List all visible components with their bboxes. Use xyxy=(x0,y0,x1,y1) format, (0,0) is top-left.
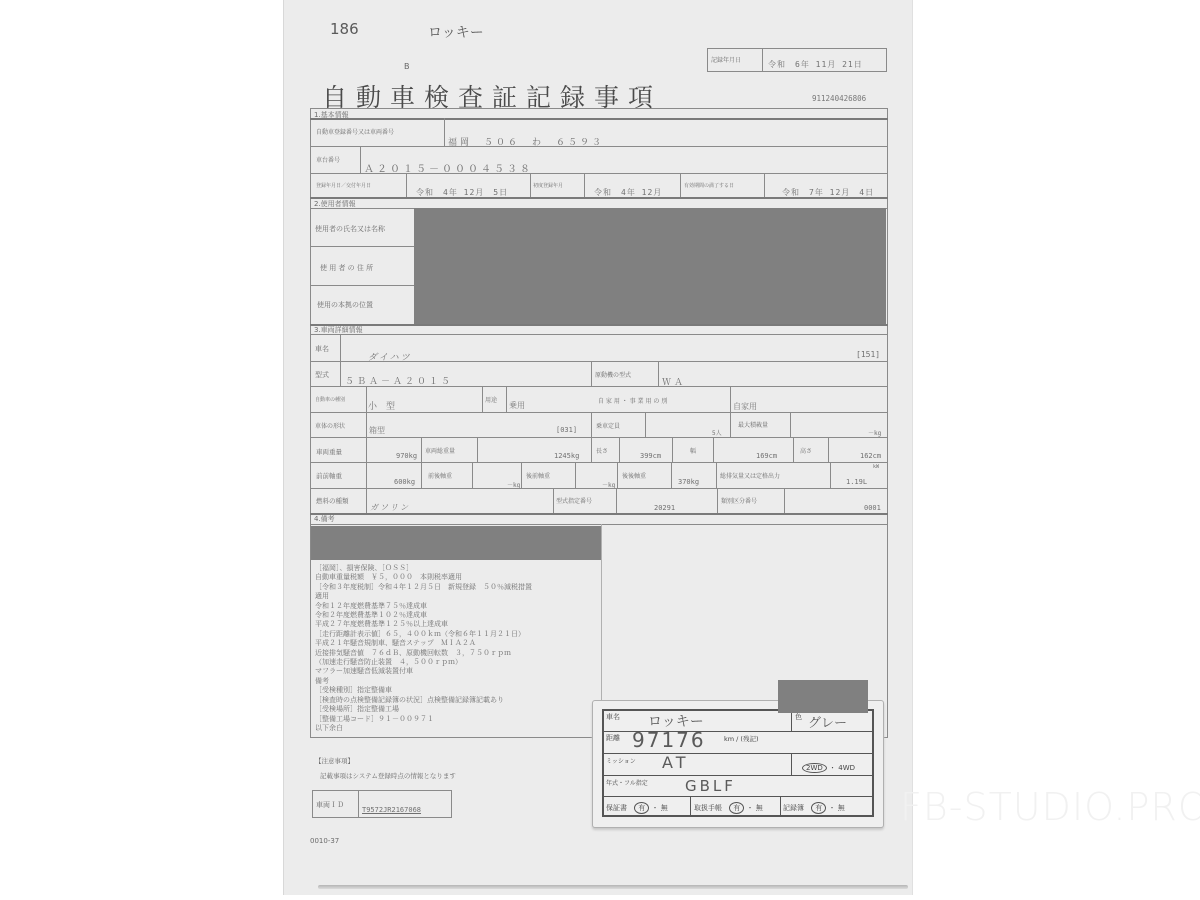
fr-axle-label: 前後軸重 xyxy=(428,471,452,480)
base-location-label: 使用の本拠の位置 xyxy=(317,300,373,310)
user-address-label: 使 用 者 の 住 所 xyxy=(320,263,373,273)
rr-axle-value: 370kg xyxy=(678,478,699,486)
record-date-value: 令和 6年 11月 21日 xyxy=(768,59,863,70)
type-designation-label: 型式指定番号 xyxy=(556,496,592,505)
remarks-list: ［福岡］、損害保険、［ＯＳＳ］自動車重量税額 ￥５，０００ 本則税率適用［令和３… xyxy=(315,564,532,733)
record-date-label: 記録年月日 xyxy=(711,55,741,64)
remark-line: 平成２７年度燃費基準１２５％以上達成車 xyxy=(315,620,532,629)
record-separator: ・ xyxy=(828,804,835,812)
ff-axle-value: 600kg xyxy=(394,478,415,486)
card-mileage-value: 97176 xyxy=(632,728,706,752)
type-designation-value: 20291 xyxy=(654,504,675,512)
ff-axle-label: 前前軸重 xyxy=(316,471,342,480)
record-yes-circled: 有 xyxy=(811,802,826,814)
displacement-label: 総排気量又は定格出力 xyxy=(720,471,780,480)
vehicle-id-value: T9572JR2167068 xyxy=(362,806,421,814)
manual-separator: ・ xyxy=(746,804,753,812)
card-mileage-unit: km / (残記) xyxy=(724,734,759,743)
user-name-label: 使用者の氏名又は名称 xyxy=(315,224,385,234)
height-label: 高さ xyxy=(800,446,812,455)
card-drive-options: 2WD ・ 4WD xyxy=(802,763,855,773)
remark-line: 令和１２年度燃費基準７５％達成車 xyxy=(315,602,532,611)
card-warranty: 保証書 有 ・ 無 xyxy=(606,802,668,814)
purpose-label: 自 家 用 ・ 事 業 用 の 別 xyxy=(598,396,667,405)
warranty-label: 保証書 xyxy=(606,804,627,812)
category-value: 0001 xyxy=(864,504,881,512)
remark-line: マフラー加速騒音低減装置付車 xyxy=(315,667,532,676)
warranty-separator: ・ xyxy=(651,804,658,812)
manual-label: 取扱手帳 xyxy=(694,804,722,812)
remark-line: ［走行距離計表示値］６５，４００ｋｍ（令和６年１１月２１日） xyxy=(315,630,532,639)
drive-2wd-circled: 2WD xyxy=(802,763,827,773)
maker-code: [151] xyxy=(856,350,880,359)
first-reg-label: 登録年月日／交付年月日 xyxy=(316,182,371,189)
max-load-label: 最大積載量 xyxy=(738,420,768,429)
remark-line: ［整備工場コード］９１－００９７１ xyxy=(315,715,532,724)
use-label: 用途 xyxy=(485,395,497,404)
card-color-label: 色 xyxy=(795,712,802,722)
length-value: 399cm xyxy=(640,452,661,460)
remark-line: 適用 xyxy=(315,592,532,601)
weight-value: 970kg xyxy=(396,452,417,460)
length-label: 長さ xyxy=(596,446,608,455)
gross-weight-label: 車両総重量 xyxy=(425,446,455,455)
registration-label: 自動車登録番号又は車両番号 xyxy=(316,127,394,136)
vehicle-id-label: 車両ＩＤ xyxy=(316,800,344,810)
remark-line: ［受検場所］指定整備工場 xyxy=(315,705,532,714)
remark-line: 以下余白 xyxy=(315,724,532,733)
remark-line: ［検査時の点検整備記録簿の状況］点検整備記録簿記載あり xyxy=(315,696,532,705)
card-grade-label: 年式・フル指定 xyxy=(606,778,648,787)
max-load-value: －kg xyxy=(868,428,881,437)
record-label: 記録簿 xyxy=(783,804,804,812)
height-value: 162cm xyxy=(860,452,881,460)
card-name-label: 車名 xyxy=(606,712,620,722)
handwritten-number: 186 xyxy=(330,20,359,38)
handwritten-model-name: ロッキー xyxy=(428,22,484,42)
remark-line: 備考 xyxy=(315,677,532,686)
model-label: 型式 xyxy=(315,370,329,380)
paper-edge xyxy=(318,885,908,889)
record-no: 無 xyxy=(838,804,845,812)
category-label: 類別区分番号 xyxy=(721,496,757,505)
class-label: 自動車の種別 xyxy=(315,396,345,403)
capacity-label: 乗車定員 xyxy=(596,421,620,430)
card-manual: 取扱手帳 有 ・ 無 xyxy=(694,802,763,814)
section4-header: 4.備考 xyxy=(314,514,335,524)
body-label: 車体の形状 xyxy=(315,421,345,430)
document-number: 911240426806 xyxy=(812,94,866,103)
purpose-value: 自家用 xyxy=(733,401,757,412)
notice-text: 記載事項はシステム登録時点の情報となります xyxy=(320,771,456,780)
warranty-yes-circled: 有 xyxy=(634,802,649,814)
card-mileage-label: 距離 xyxy=(606,733,620,743)
engine-label: 原動機の型式 xyxy=(595,370,631,379)
body-value: 箱型 xyxy=(369,425,385,436)
card-record: 記録簿 有 ・ 無 xyxy=(783,802,845,814)
class-value: 小 型 xyxy=(368,399,395,412)
form-code: 0010-37 xyxy=(310,837,339,845)
card-color-value: グレー xyxy=(808,712,847,731)
remark-line: ［受検種別］指定整備車 xyxy=(315,686,532,695)
remark-line: ［福岡］、損害保険、［ＯＳＳ］ xyxy=(315,564,532,573)
redacted-remarks xyxy=(311,526,601,560)
gross-weight-value: 1245kg xyxy=(554,452,579,460)
displacement-value: 1.19L xyxy=(846,478,867,486)
width-label: 幅 xyxy=(690,446,696,455)
remark-line: ［令和３年度税制］令和４年１２月５日 新規登録 ５０％減税措置 xyxy=(315,583,532,592)
drive-separator: ・ xyxy=(829,764,836,772)
width-value: 169cm xyxy=(756,452,777,460)
remark-line: 平成２１年騒音規制車、騒音ステップ ＭＩＡ２Ａ xyxy=(315,639,532,648)
fuel-value: ガソリン xyxy=(370,502,410,513)
body-code: [031] xyxy=(556,426,577,434)
drive-4wd: 4WD xyxy=(838,764,855,772)
displacement-unit: kW xyxy=(873,464,879,470)
capacity-value: 5人 xyxy=(712,428,722,437)
use-value: 乗用 xyxy=(509,400,525,411)
rf-axle-label: 後前軸重 xyxy=(526,471,550,480)
redacted-sticker xyxy=(778,680,868,713)
manual-yes-circled: 有 xyxy=(729,802,744,814)
card-mission-label: ミッション xyxy=(606,756,636,765)
rr-axle-label: 後後軸重 xyxy=(622,471,646,480)
weight-label: 車両重量 xyxy=(316,447,342,456)
remark-line: 近接排気騒音値 ７６ｄＢ、原動機回転数 ３，７５０ｒｐｍ xyxy=(315,649,532,658)
notice-label: 【注意事項】 xyxy=(315,756,354,765)
letter-mark: B xyxy=(404,62,410,71)
fuel-label: 燃料の種類 xyxy=(316,496,349,505)
warranty-no: 無 xyxy=(661,804,668,812)
remark-line: 自動車重量税額 ￥５，０００ 本則税率適用 xyxy=(315,573,532,582)
first-year-label: 初度登録年月 xyxy=(533,182,563,189)
watermark: FB-STUDIO.PRO xyxy=(900,785,1200,829)
manual-no: 無 xyxy=(756,804,763,812)
card-grade-value: GBLF xyxy=(685,777,736,795)
expiry-label: 有効期間の満了する日 xyxy=(684,182,734,189)
card-mission-value: AT xyxy=(662,753,689,772)
chassis-label: 車台番号 xyxy=(316,155,340,164)
maker-label: 車名 xyxy=(315,344,329,354)
redacted-user-info xyxy=(414,208,886,324)
